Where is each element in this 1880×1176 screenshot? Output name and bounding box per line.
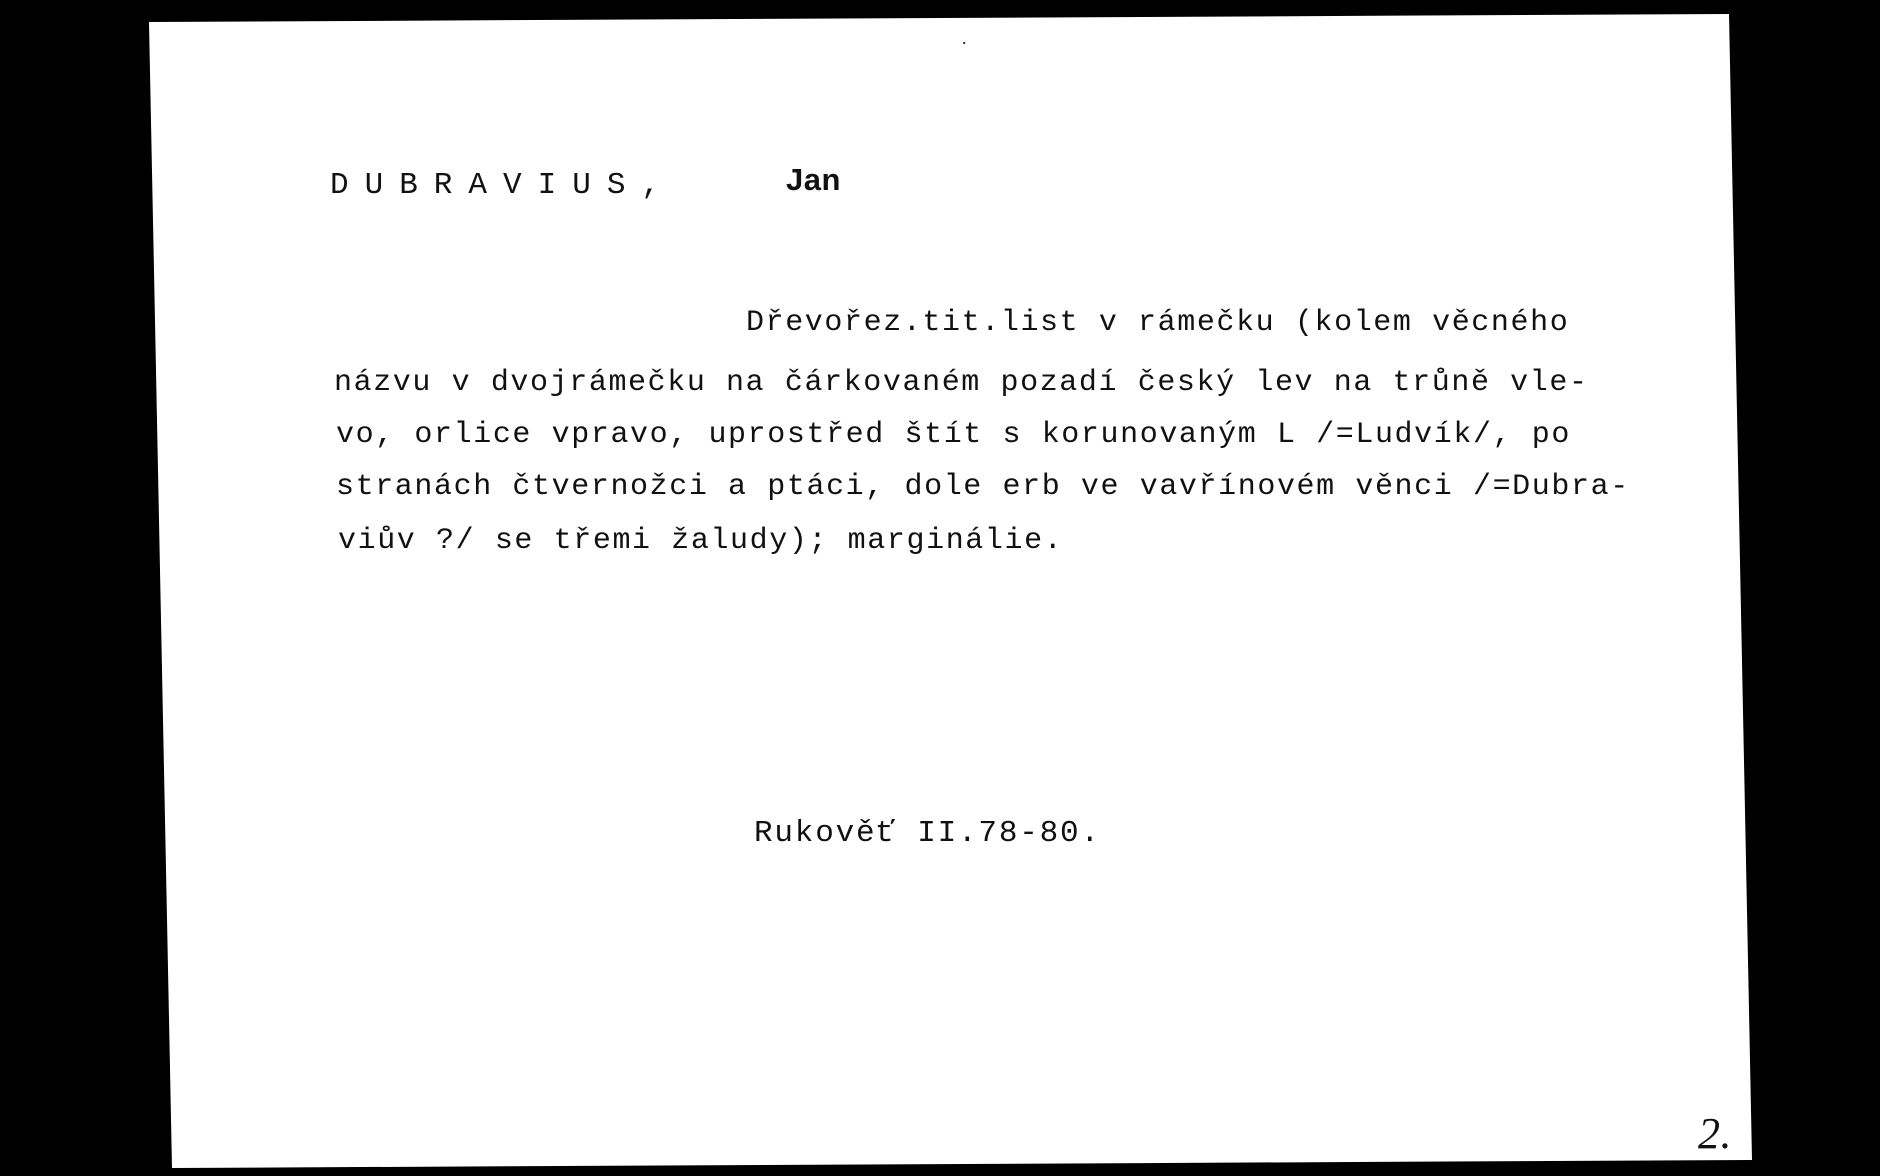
card-number: 2. [1698, 1108, 1732, 1159]
heading-given-name: Jan [786, 162, 841, 198]
description-line-3: vo, orlice vpravo, uprostřed štít s koru… [336, 418, 1571, 452]
description-line-2: názvu v dvojrámečku na čárkovaném pozadí… [334, 366, 1589, 400]
top-mark: · [960, 36, 969, 52]
description-line-5: viův ?/ se třemi žaludy); marginálie. [338, 524, 1063, 558]
bibliographic-reference: Rukověť II.78-80. [754, 816, 1101, 851]
card-paper [0, 0, 1880, 1176]
heading-surname: DUBRAVIUS, [330, 168, 676, 203]
description-line-4: stranách čtvernožci a ptáci, dole erb ve… [336, 470, 1630, 504]
description-line-1: Dřevořez.tit.list v rámečku (kolem věcné… [746, 306, 1569, 340]
catalog-card: · DUBRAVIUS, Jan Dřevořez.tit.list v rám… [0, 0, 1880, 1176]
